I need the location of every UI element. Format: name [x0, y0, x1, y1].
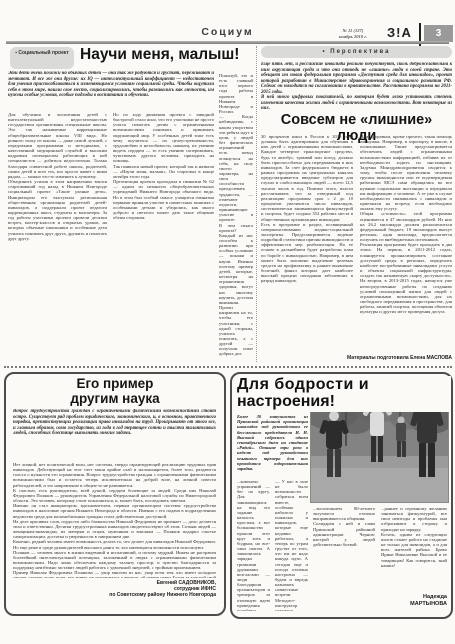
column-text: 30 процентов школ в России к 2015 году д… [261, 134, 353, 353]
lede-top-left: Эти дети очень похожи на обычных детей —… [8, 71, 214, 109]
article-box-example: Его пример другим наука Вопрос трудоустр… [4, 372, 226, 616]
column-text: Нам, здоровым, кроме прочего, такая помо… [360, 134, 452, 353]
body-bottom-left: Нет личной, нет политической воли, нет с… [13, 462, 216, 578]
newspaper-logo: З!А [387, 25, 412, 40]
newspaper-page: Социум № 11 (127) ноябрь 2010 г. З!А 3 ▪… [0, 0, 455, 644]
byline-bottom-right: Надежда МАРТЫНОВА [381, 594, 447, 607]
column-text: Пожалуй, это и есть главный итог первого… [219, 73, 253, 362]
issue-info: № 11 (127) ноябрь 2010 г. [329, 28, 377, 39]
headline-bottom-right-line2: настроения! [237, 393, 338, 411]
article-box-exercise: Для бодрости и хорошего настроения! [230, 372, 453, 619]
lede-bottom-left: Вопрос трудоустройства граждан с огранич… [13, 409, 216, 459]
column-text: Для обучения и воспитания детей с интелл… [8, 112, 107, 362]
lede-bottom-right: Более 30 энтузиастов из Приокской районн… [237, 414, 308, 476]
byline-top-right: Материалы подготовила Елена МАСЛОВА [261, 355, 452, 361]
section-separator [4, 366, 452, 368]
lede-top-right: Еще пять лет, и российские инвалиды реал… [261, 62, 452, 111]
masthead-rule [6, 41, 449, 44]
badge-social-project: ▪ Социальный проект [10, 47, 74, 69]
column-text: Но по ходу движения проекта с завидной б… [113, 112, 214, 362]
column-text: ...комплекс упражнений — бег по кругу. Д… [237, 479, 270, 611]
byline-bottom-left: Евгений САДОВНИКОВ, сотрудник ИФНС по Со… [13, 580, 216, 599]
column-text: ...воспитанием 80-летнего энтузиаста отл… [313, 506, 375, 584]
column-text: ...раннее и огромному желанию заниматься… [381, 506, 447, 590]
headline-bottom-left: Его пример другим наука [6, 377, 224, 406]
headline-top-left: Научи меня, малыш! [80, 46, 255, 64]
page-number-badge: 3 [424, 25, 453, 42]
badge-perspective: • Перспектива [261, 46, 452, 58]
column-text: — У нас в зале не было возможности собра… [275, 479, 308, 611]
column-divider [256, 46, 257, 362]
